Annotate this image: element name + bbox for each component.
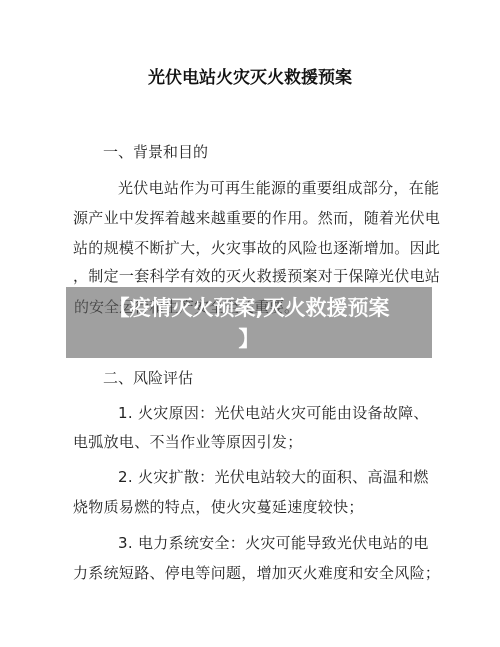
section-heading-risk-assessment: 二、风险评估 xyxy=(103,367,193,388)
title-overlay-banner: 的安全运行和生产安全至关重要。 【疫情灭火预案,灭火救援预案 】 xyxy=(66,287,432,358)
list-item-line: 电弧放电、不当作业等原因引发； xyxy=(73,431,433,452)
overlay-title-line-1: 【疫情灭火预案,灭火救援预案 xyxy=(66,292,432,322)
list-item-line: 烧物质易燃的特点，使火灾蔓延速度较快； xyxy=(73,496,433,517)
section-heading-background: 一、背景和目的 xyxy=(103,141,208,162)
paragraph-line: 站的规模不断扩大，火灾事故的风险也逐渐增加。因此 xyxy=(73,237,433,258)
document-title: 光伏电站火灾灭火救援预案 xyxy=(0,63,500,88)
paragraph-line: 光伏电站作为可再生能源的重要组成部分，在能 xyxy=(118,177,478,198)
paragraph-line: 源产业中发挥着越来越重要的作用。然而，随着光伏电 xyxy=(73,207,433,228)
list-item-line: 3. 电力系统安全：火灾可能导致光伏电站的电 xyxy=(118,532,478,553)
paragraph-line: ，制定一套科学有效的灭火救援预案对于保障光伏电站 xyxy=(73,265,433,286)
document-page: 光伏电站火灾灭火救援预案 一、背景和目的 光伏电站作为可再生能源的重要组成部分，… xyxy=(0,0,500,647)
list-item-line: 1. 火灾原因：光伏电站火灾可能由设备故障、 xyxy=(118,402,478,423)
overlay-title-line-2: 】 xyxy=(66,323,432,353)
list-item-line: 2. 火灾扩散：光伏电站较大的面积、高温和燃 xyxy=(118,466,478,487)
list-item-line: 力系统短路、停电等问题，增加灭火难度和安全风险； xyxy=(73,562,433,583)
